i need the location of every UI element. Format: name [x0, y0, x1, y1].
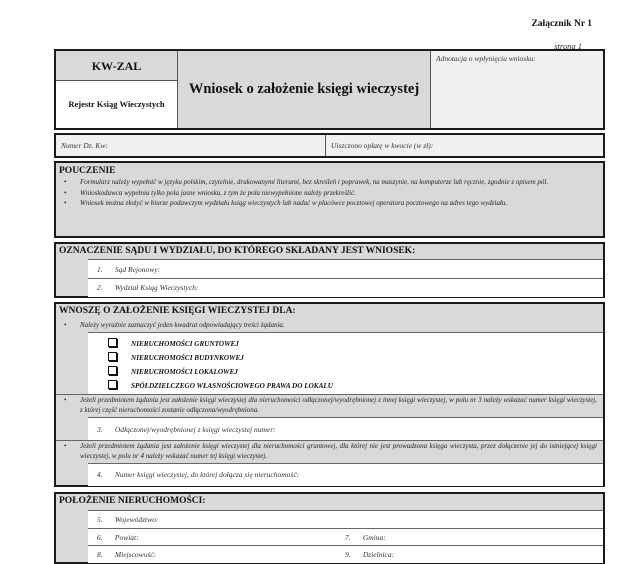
court-label: Sąd Rejonowy: [115, 265, 160, 274]
field-number: 3. [88, 418, 113, 441]
court-field[interactable]: 1. Sąd Rejonowy: [88, 259, 603, 279]
field-number: 9. [336, 546, 361, 563]
checkbox-icon[interactable] [108, 380, 117, 389]
checkbox-icon[interactable] [108, 366, 117, 375]
request-section: WNOSZĘ O ZAŁOŻENIE KSIĘGI WIECZYSTEJ DLA… [54, 302, 605, 487]
locality-label: Miejscowość: [115, 550, 156, 559]
option-premises-property[interactable]: NIERUCHOMOŚCI LOKALOWEJ [108, 366, 238, 376]
option-building-property[interactable]: NIERUCHOMOŚCI BUDYNKOWEJ [108, 352, 244, 362]
county-field[interactable]: 6. Powiat: [88, 528, 337, 546]
option-label: NIERUCHOMOŚCI LOKALOWEJ [131, 368, 238, 376]
field-number: 8. [88, 546, 113, 563]
instructions-list: Formularz należy wypełnić w języku polsk… [56, 178, 603, 210]
option-label: NIERUCHOMOŚCI BUDYNKOWEJ [131, 354, 244, 362]
district-field[interactable]: 9. Dzielnica: [336, 545, 603, 563]
instructions-title: POUCZENIE [59, 166, 115, 176]
journal-number-field[interactable]: Numer Dz. Kw: [56, 135, 326, 156]
field-number: 5. [88, 511, 113, 529]
receipt-annotation-field[interactable]: Adnotacja o wpłynięciu wniosku: [431, 51, 603, 128]
registry-name: Rejestr Ksiąg Wieczystych [56, 81, 178, 128]
checkbox-icon[interactable] [108, 338, 117, 347]
fee-label: Uiszczono opłatę w kwocie (w zł): [331, 141, 433, 150]
department-label: Wydział Ksiąg Wieczystych: [115, 283, 198, 292]
attachment-label: Załącznik Nr 1 [500, 19, 592, 29]
option-label: NIERUCHOMOŚCI GRUNTOWEJ [131, 340, 239, 348]
registration-row: Numer Dz. Kw: Uiszczono opłatę w kwocie … [54, 133, 605, 158]
separated-kw-number-field[interactable]: 3. Odłączonej/wyodrębnionej z księgi wie… [88, 417, 603, 441]
location-section: POŁOŻENIE NIERUCHOMOŚCI: 5. Województwo:… [54, 492, 605, 564]
court-section: OZNACZENIE SĄDU I WYDZIAŁU, DO KTÓREGO S… [54, 242, 605, 298]
joined-kw-number-field[interactable]: 4. Numer księgi wieczystej, do której do… [88, 463, 603, 486]
field-number: 6. [88, 529, 113, 546]
land-registry-department-field[interactable]: 2. Wydział Ksiąg Wieczystych: [88, 278, 603, 297]
joined-note: Jeżeli przedmiotem żądania jest założeni… [56, 440, 603, 462]
location-section-title: POŁOŻENIE NIERUCHOMOŚCI: [59, 496, 205, 506]
form-title: Wniosek o założenie księgi wieczystej [178, 51, 431, 128]
district-label: Dzielnica: [363, 550, 394, 559]
receipt-annotation-label: Adnotacja o wpłynięciu wniosku: [436, 54, 536, 63]
instruction-item: Wniosek można złożyć w biurze podawczym … [80, 199, 597, 209]
voivodeship-label: Województwo: [115, 515, 158, 524]
journal-number-label: Numer Dz. Kw: [61, 141, 108, 150]
locality-field[interactable]: 8. Miejscowość: [88, 545, 337, 563]
checkbox-icon[interactable] [108, 352, 117, 361]
separated-note: Jeżeli przedmiotem żądania jest założeni… [56, 394, 603, 416]
field-number: 1. [88, 260, 113, 279]
field-number: 4. [88, 464, 113, 486]
instructions-section: POUCZENIE Formularz należy wypełnić w ję… [54, 161, 605, 238]
fee-field[interactable]: Uiszczono opłatę w kwocie (w zł): [326, 135, 603, 156]
form-header: KW-ZAL Rejestr Ksiąg Wieczystych Wniosek… [54, 49, 605, 130]
commune-label: Gmina: [363, 533, 386, 542]
voivodeship-field[interactable]: 5. Województwo: [88, 510, 603, 529]
court-section-title: OZNACZENIE SĄDU I WYDZIAŁU, DO KTÓREGO S… [59, 246, 415, 256]
commune-field[interactable]: 7. Gmina: [336, 528, 603, 546]
option-label: SPÓŁDZIELCZEGO WŁASNOŚCIOWEGO PRAWA DO L… [131, 382, 333, 390]
separated-kw-label: Odłączonej/wyodrębnionej z księgi wieczy… [115, 425, 276, 434]
request-note: Należy wyraźnie zaznaczyć jeden kwadrat … [56, 320, 603, 332]
joined-kw-label: Numer księgi wieczystej, do której dołąc… [115, 470, 299, 479]
option-land-property[interactable]: NIERUCHOMOŚCI GRUNTOWEJ [108, 338, 239, 348]
request-section-title: WNOSZĘ O ZAŁOŻENIE KSIĘGI WIECZYSTEJ DLA… [59, 306, 296, 316]
form-code: KW-ZAL [56, 51, 178, 81]
field-number: 7. [336, 529, 361, 546]
instruction-item: Formularz należy wypełnić w języku polsk… [80, 178, 597, 188]
field-number: 2. [88, 279, 113, 297]
option-cooperative-right[interactable]: SPÓŁDZIELCZEGO WŁASNOŚCIOWEGO PRAWA DO L… [108, 380, 333, 390]
county-label: Powiat: [115, 533, 139, 542]
property-type-options: NIERUCHOMOŚCI GRUNTOWEJ NIERUCHOMOŚCI BU… [88, 332, 603, 394]
instruction-item: Wnioskodawca wypełnia tylko pola jasne w… [80, 189, 597, 199]
